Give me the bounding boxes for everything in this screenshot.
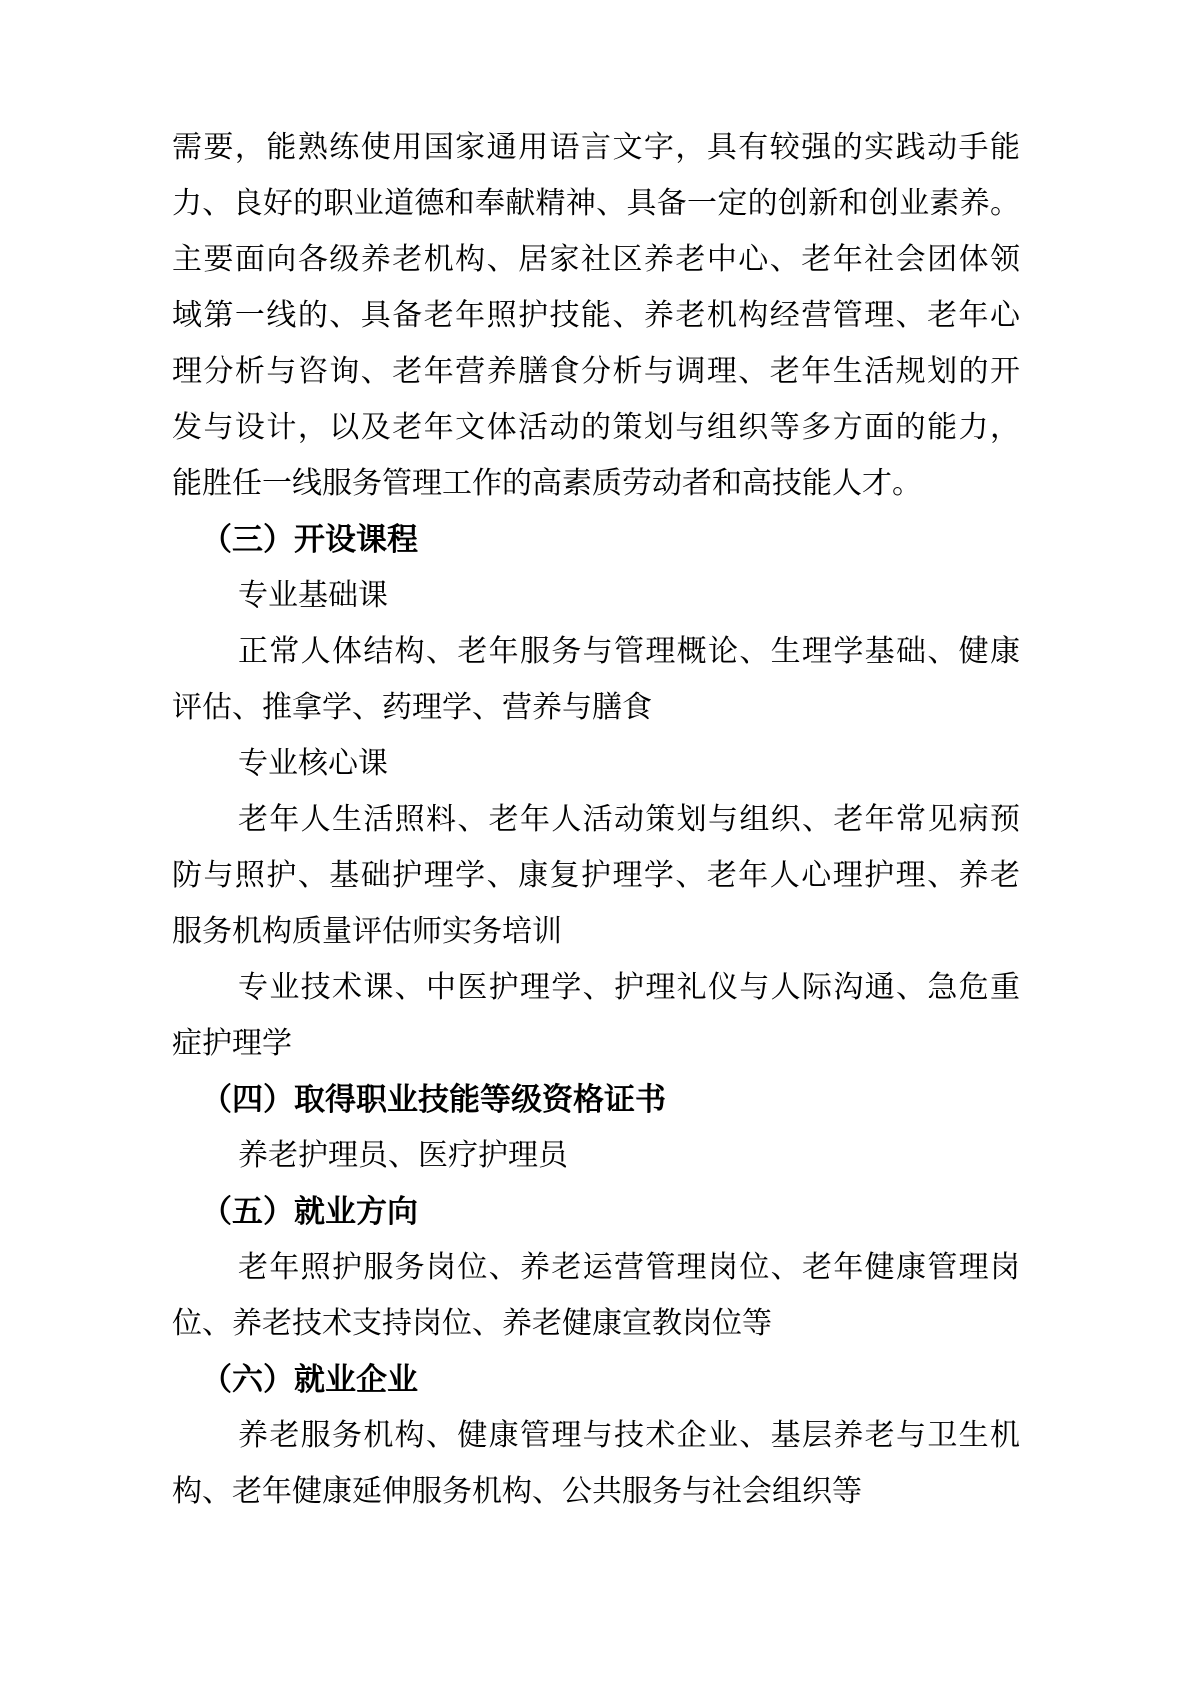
paragraph: 专业核心课	[172, 736, 1020, 792]
text-line: （四）取得职业技能等级资格证书	[172, 1072, 1020, 1128]
paragraph: 专业基础课	[172, 568, 1020, 624]
text-line: （五）就业方向	[172, 1184, 1020, 1240]
section-heading: （四）取得职业技能等级资格证书	[172, 1072, 1020, 1128]
document-body: 需要，能熟练使用国家通用语言文字，具有较强的实践动手能力、良好的职业道德和奉献精…	[172, 120, 1020, 1520]
text-line: 位、养老技术支持岗位、养老健康宣教岗位等	[172, 1296, 1020, 1352]
text-line: 防与照护、基础护理学、康复护理学、老年人心理护理、养老	[172, 848, 1020, 904]
text-line: 服务机构质量评估师实务培训	[172, 904, 1020, 960]
text-line: （六）就业企业	[172, 1352, 1020, 1408]
text-line: 养老护理员、医疗护理员	[172, 1128, 1020, 1184]
text-line: 理分析与咨询、老年营养膳食分析与调理、老年生活规划的开	[172, 344, 1020, 400]
text-line: 老年人生活照料、老年人活动策划与组织、老年常见病预	[172, 792, 1020, 848]
paragraph: 正常人体结构、老年服务与管理概论、生理学基础、健康评估、推拿学、药理学、营养与膳…	[172, 624, 1020, 736]
text-line: 主要面向各级养老机构、居家社区养老中心、老年社会团体领	[172, 232, 1020, 288]
paragraph: 养老服务机构、健康管理与技术企业、基层养老与卫生机构、老年健康延伸服务机构、公共…	[172, 1408, 1020, 1520]
text-line: 需要，能熟练使用国家通用语言文字，具有较强的实践动手能	[172, 120, 1020, 176]
section-heading: （五）就业方向	[172, 1184, 1020, 1240]
paragraph: 需要，能熟练使用国家通用语言文字，具有较强的实践动手能力、良好的职业道德和奉献精…	[172, 120, 1020, 512]
text-line: 专业技术课、中医护理学、护理礼仪与人际沟通、急危重	[172, 960, 1020, 1016]
paragraph: 专业技术课、中医护理学、护理礼仪与人际沟通、急危重症护理学	[172, 960, 1020, 1072]
text-line: 症护理学	[172, 1016, 1020, 1072]
text-line: （三）开设课程	[172, 512, 1020, 568]
paragraph: 老年照护服务岗位、养老运营管理岗位、老年健康管理岗位、养老技术支持岗位、养老健康…	[172, 1240, 1020, 1352]
paragraph: 养老护理员、医疗护理员	[172, 1128, 1020, 1184]
text-line: 专业基础课	[172, 568, 1020, 624]
text-line: 专业核心课	[172, 736, 1020, 792]
text-line: 力、良好的职业道德和奉献精神、具备一定的创新和创业素养。	[172, 176, 1020, 232]
section-heading: （三）开设课程	[172, 512, 1020, 568]
document-page: 需要，能熟练使用国家通用语言文字，具有较强的实践动手能力、良好的职业道德和奉献精…	[0, 0, 1191, 1684]
text-line: 老年照护服务岗位、养老运营管理岗位、老年健康管理岗	[172, 1240, 1020, 1296]
text-line: 域第一线的、具备老年照护技能、养老机构经营管理、老年心	[172, 288, 1020, 344]
section-heading: （六）就业企业	[172, 1352, 1020, 1408]
text-line: 发与设计，以及老年文体活动的策划与组织等多方面的能力，	[172, 400, 1020, 456]
paragraph: 老年人生活照料、老年人活动策划与组织、老年常见病预防与照护、基础护理学、康复护理…	[172, 792, 1020, 960]
text-line: 能胜任一线服务管理工作的高素质劳动者和高技能人才。	[172, 456, 1020, 512]
text-line: 养老服务机构、健康管理与技术企业、基层养老与卫生机	[172, 1408, 1020, 1464]
text-line: 构、老年健康延伸服务机构、公共服务与社会组织等	[172, 1464, 1020, 1520]
text-line: 正常人体结构、老年服务与管理概论、生理学基础、健康	[172, 624, 1020, 680]
text-line: 评估、推拿学、药理学、营养与膳食	[172, 680, 1020, 736]
